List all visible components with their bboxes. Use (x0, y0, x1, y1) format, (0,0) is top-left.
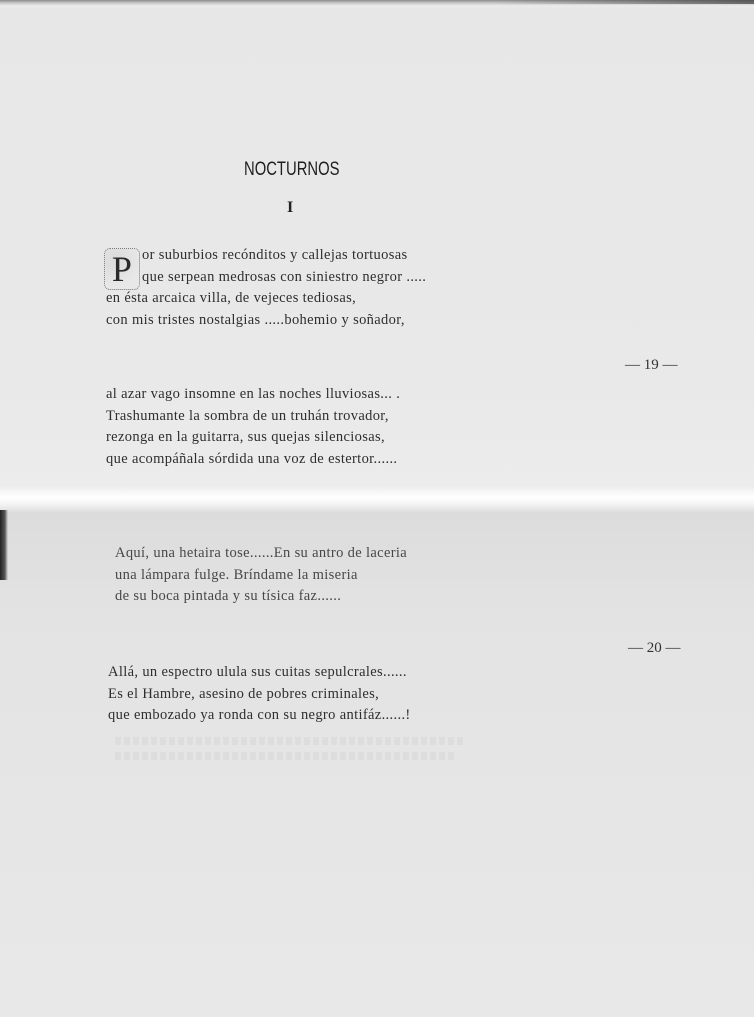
bleed-through-text (115, 752, 455, 760)
verse-line: que serpean medrosas con siniestro negro… (106, 267, 426, 289)
verse-line: una lámpara fulge. Bríndame la miseria (115, 565, 407, 587)
verse-line: de su boca pintada y su tísica faz...... (115, 586, 407, 608)
verse-line: al azar vago insomne en las noches lluvi… (106, 384, 400, 406)
stanza-1: P or suburbios recónditos y callejas tor… (106, 245, 426, 331)
page-fold (0, 486, 754, 512)
verse-line: Es el Hambre, asesino de pobres criminal… (108, 684, 411, 706)
section-numeral: I (287, 199, 293, 217)
stanza-4: Allá, un espectro ulula sus cuitas sepul… (108, 662, 411, 727)
verse-line: con mis tristes nostalgias .....bohemio … (106, 310, 426, 332)
stanza-2: al azar vago insomne en las noches lluvi… (106, 384, 400, 470)
verse-line: que embozado ya ronda con su negro antif… (108, 705, 411, 727)
verse-line: Trashumante la sombra de un truhán trova… (106, 406, 400, 428)
verse-line: rezonga en la guitarra, sus quejas silen… (106, 427, 400, 449)
verse-line: que acompáñala sórdida una voz de estert… (106, 449, 400, 471)
drop-cap-ornament: P (104, 248, 140, 290)
verse-line: Aquí, una hetaira tose......En su antro … (115, 543, 407, 565)
scanned-page: NOCTURNOS I P or suburbios recónditos y … (0, 0, 754, 1017)
stanza-3: Aquí, una hetaira tose......En su antro … (115, 543, 407, 608)
fold-shadow (0, 510, 8, 580)
poem-title: NOCTURNOS (244, 159, 322, 181)
verse-line: Allá, un espectro ulula sus cuitas sepul… (108, 662, 411, 684)
verse-line: en ésta arcaica villa, de vejeces tedios… (106, 288, 426, 310)
verse-line: or suburbios recónditos y callejas tortu… (106, 245, 426, 267)
page-number-20: — 20 — (628, 640, 681, 657)
page-top-edge (0, 0, 754, 8)
bleed-through-text (115, 737, 465, 745)
page-number-19: — 19 — (625, 357, 678, 374)
